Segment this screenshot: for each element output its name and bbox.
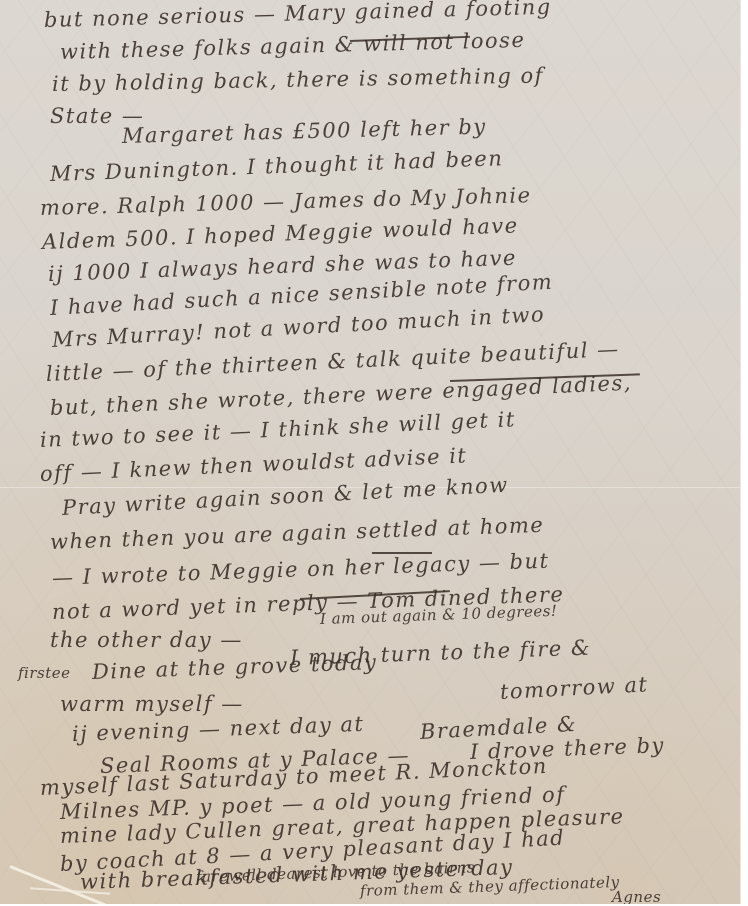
letter-line-18: — I wrote to Meggie on her legacy — but (52, 549, 550, 590)
margin-note: firstee (18, 664, 71, 682)
letter-line-17: when then you are again settled at home (50, 513, 545, 554)
letter-line-5: Margaret has £500 left her by (122, 114, 487, 148)
signature: Agnes (612, 888, 661, 904)
letter-line-27: ij evening — next day at (72, 712, 365, 746)
letter-line-1: but none serious — Mary gained a footing (44, 0, 552, 32)
letter-page: but none serious — Mary gained a footing… (0, 0, 741, 904)
letter-line-6: Mrs Dunington. I thought it had been (50, 146, 504, 186)
letter-line-2: with these folks again & will not loose (60, 28, 526, 64)
letter-line-25: Dine at the grove today (92, 650, 378, 684)
letter-line-24: tomorrow at (499, 672, 649, 704)
letter-line-23: warm myself — (60, 692, 244, 716)
letter-line-3: it by holding back, there is something o… (52, 63, 544, 96)
letter-line-20: the other day — (50, 628, 243, 652)
